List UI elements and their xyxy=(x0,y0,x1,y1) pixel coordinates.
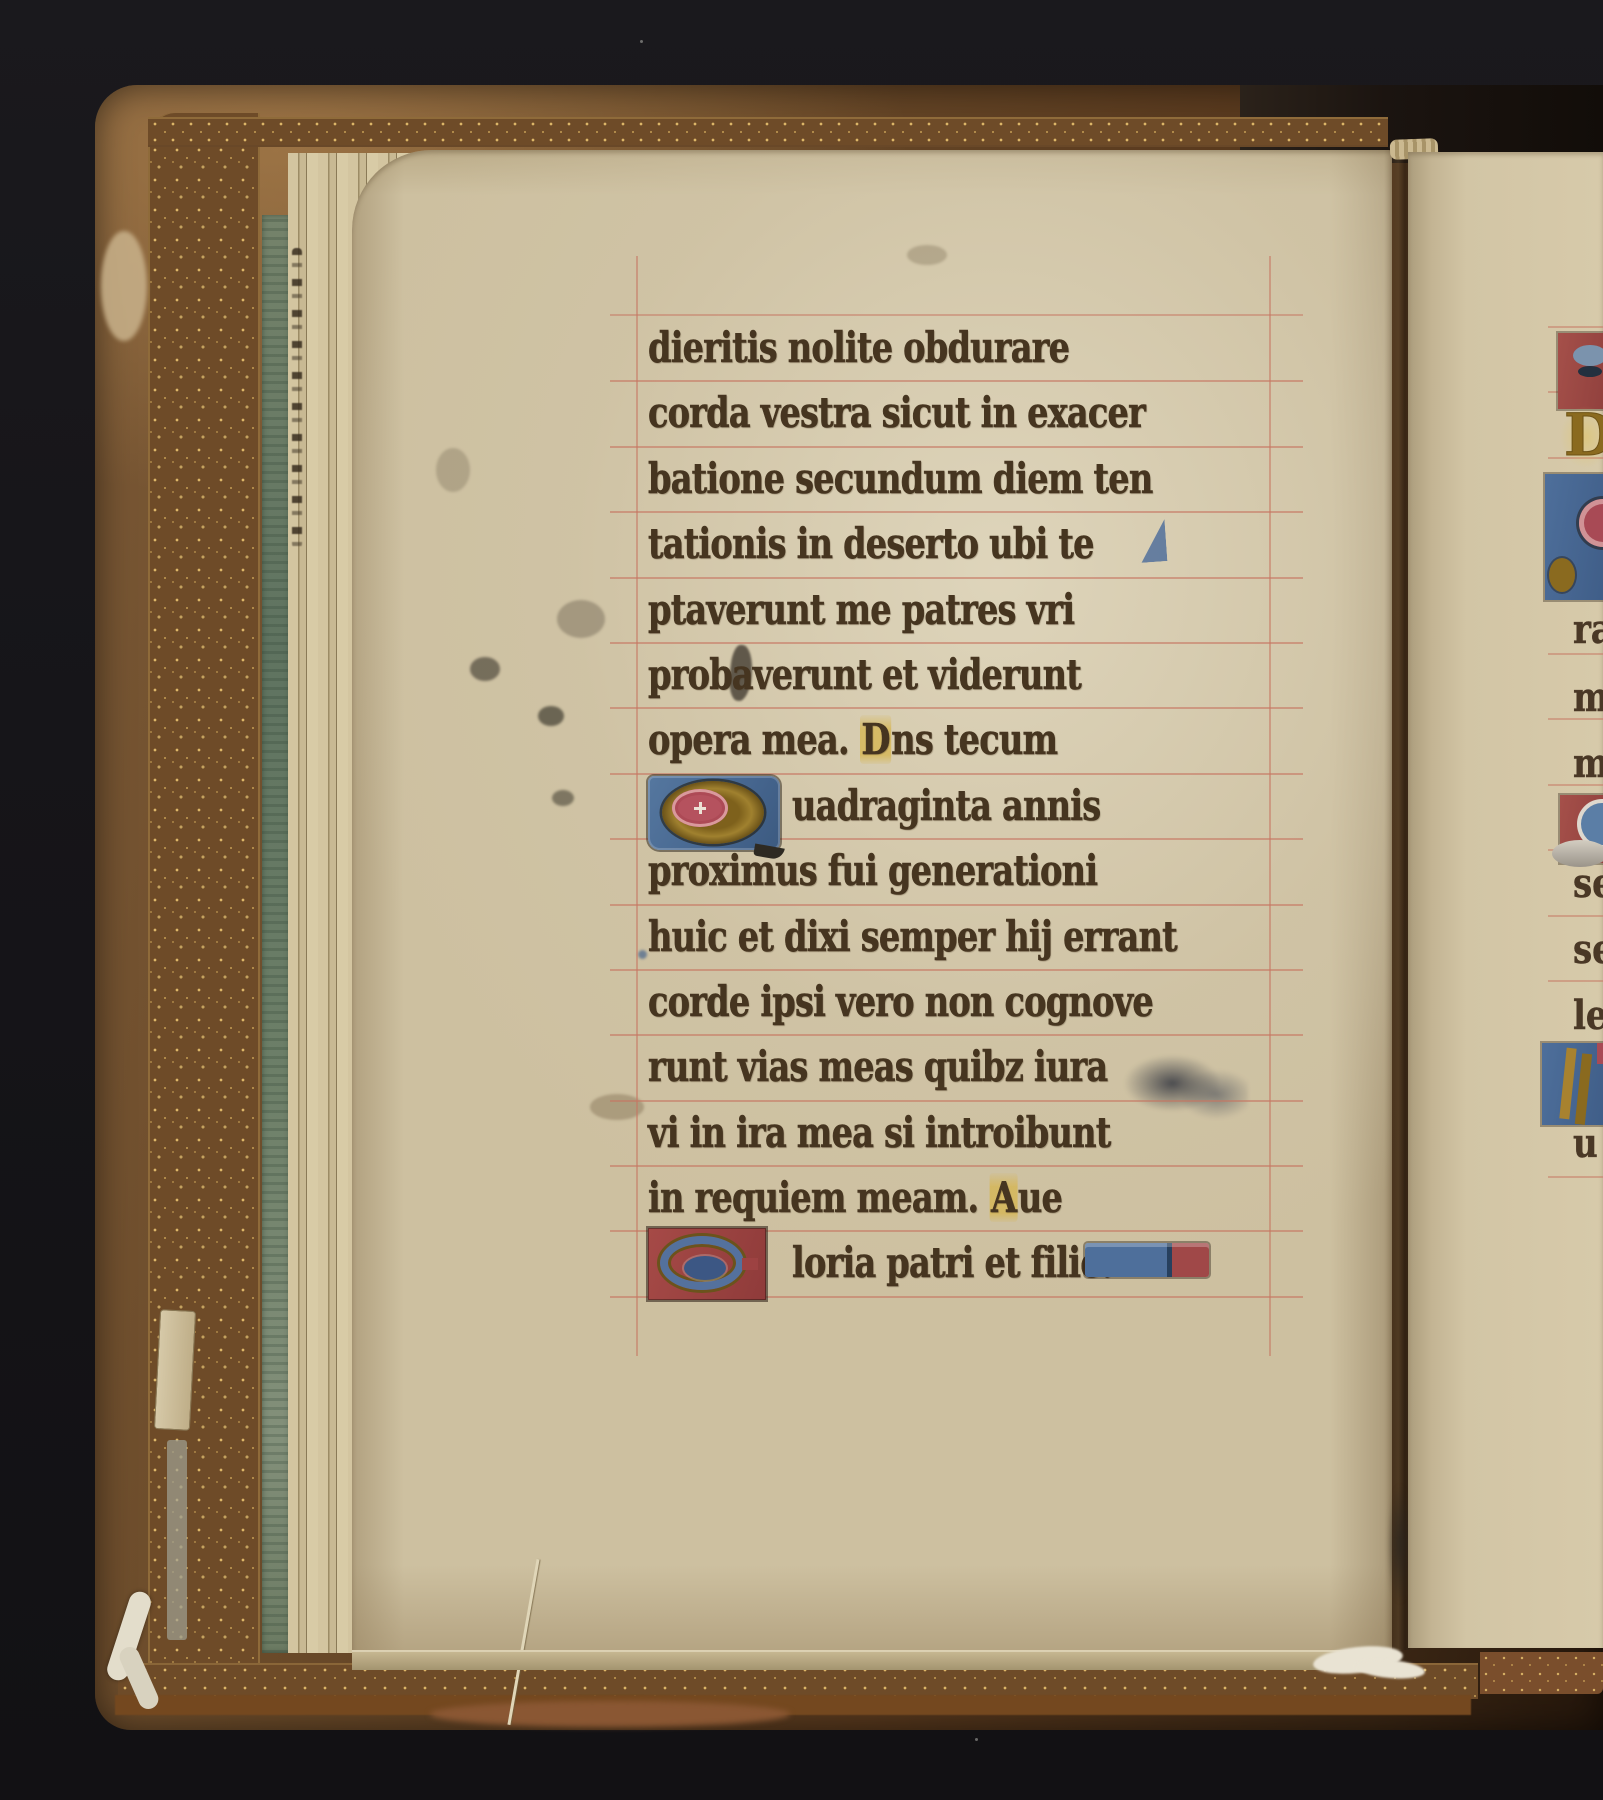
line-text: corda vestra sicut in exacer xyxy=(648,387,1145,439)
line-text: vi in ira mea si introibunt xyxy=(648,1107,1110,1159)
text-line-10: huic et dixi semper hij errant xyxy=(640,905,1267,970)
line-segment: ue xyxy=(1018,1173,1062,1222)
dust-speck xyxy=(975,1738,978,1741)
line-segment: loria patri et filio. xyxy=(792,1238,1112,1287)
line-segment: vi in ira mea si introibunt xyxy=(648,1108,1110,1157)
text-line-5: ptaverunt me patres vri xyxy=(640,578,1267,643)
vertical-ruling-left xyxy=(636,256,638,1356)
fore-edge-ink-marks xyxy=(292,248,302,548)
left-page-bottom-edge xyxy=(352,1650,1387,1670)
right-page: Drammseseleu xyxy=(1408,152,1603,1648)
line-segment: ptaverunt me patres vri xyxy=(648,585,1074,634)
text-line-11: corde ipsi vero non cognove xyxy=(640,970,1267,1035)
stain xyxy=(470,657,500,681)
line-text: in requiem meam. Aue xyxy=(648,1172,1062,1224)
line-text: dieritis nolite obdurare xyxy=(648,322,1069,374)
line-segment: huic et dixi semper hij errant xyxy=(648,912,1177,961)
line-text: tationis in deserto ubi te xyxy=(648,518,1094,570)
ruling-line-fragment xyxy=(1548,980,1603,982)
leather-fuzz xyxy=(430,1701,790,1727)
right-page-bottom-leather xyxy=(1480,1652,1603,1694)
line-text: ptaverunt me patres vri xyxy=(648,584,1074,636)
ruling-line-fragment xyxy=(1548,1176,1603,1178)
versal-letter: D xyxy=(1564,401,1603,469)
versal-capital: D xyxy=(860,715,892,764)
line-text: proximus fui generationi xyxy=(648,845,1097,897)
letter-fragment: m xyxy=(1573,676,1603,720)
line-text: runt vias meas quibz iura xyxy=(648,1041,1107,1093)
line-text: huic et dixi semper hij errant xyxy=(648,911,1177,963)
illuminated-initial-g xyxy=(648,1228,766,1300)
line-segment: probaverunt et viderunt xyxy=(648,650,1081,699)
ruling-line-fragment xyxy=(1548,326,1603,328)
yellow-versal: D xyxy=(1560,406,1603,468)
versal-capital: A xyxy=(989,1173,1017,1222)
page-edge-strip xyxy=(167,1440,187,1640)
text-line-3: batione secundum diem ten xyxy=(640,447,1267,512)
line-filler-bar xyxy=(1085,1243,1209,1277)
stain xyxy=(552,790,574,806)
worn-corner-patch xyxy=(101,231,147,341)
line-segment: dieritis nolite obdurare xyxy=(648,323,1069,372)
line-segment: in requiem meam. xyxy=(648,1173,989,1222)
text-line-6: probaverunt et viderunt xyxy=(640,643,1267,708)
line-segment: corda vestra sicut in exacer xyxy=(648,388,1145,437)
stain xyxy=(538,706,564,726)
worn-leather-edge xyxy=(115,1695,1471,1715)
line-text: opera mea. Dns tecum xyxy=(648,714,1057,766)
line-text: loria patri et filio. xyxy=(792,1237,1112,1289)
painted-page-edge xyxy=(262,215,290,1653)
ruling-line-fragment xyxy=(1548,653,1603,655)
photo-stage: dieritis nolite obdurarecorda vestra sic… xyxy=(0,0,1603,1800)
text-block: dieritis nolite obdurarecorda vestra sic… xyxy=(640,316,1267,1298)
line-segment: batione secundum diem ten xyxy=(648,454,1152,503)
stain xyxy=(557,600,605,638)
initial-letter-opening xyxy=(742,1258,758,1270)
gold-tooled-border-left xyxy=(148,113,260,1699)
line-segment: opera mea. xyxy=(648,715,860,764)
red-initial-fragment xyxy=(1558,333,1603,409)
line-text: corde ipsi vero non cognove xyxy=(648,976,1153,1028)
line-segment: runt vias meas quibz iura xyxy=(648,1042,1107,1091)
line-segment: tationis in deserto ubi te xyxy=(648,519,1094,568)
text-line-14: in requiem meam. Aue xyxy=(640,1166,1267,1231)
text-line-4: tationis in deserto ubi te xyxy=(640,512,1267,577)
manuscript-book: dieritis nolite obdurarecorda vestra sic… xyxy=(95,85,1603,1730)
text-line-13: vi in ira mea si introibunt xyxy=(640,1101,1267,1166)
dust-speck xyxy=(640,40,643,43)
text-line-12: runt vias meas quibz iura xyxy=(640,1035,1267,1100)
bookmark-tab xyxy=(154,1309,196,1431)
text-line-7: opera mea. Dns tecum xyxy=(640,708,1267,773)
letter-fragment: se xyxy=(1573,928,1603,972)
line-segment: uadraginta annis xyxy=(792,781,1100,830)
letter-fragment: m xyxy=(1573,742,1603,786)
line-filler-squiggle xyxy=(1139,519,1168,563)
initial-core xyxy=(684,1256,726,1280)
red-initial-fragment-lower xyxy=(1560,795,1603,863)
illuminated-initial-q xyxy=(648,776,780,850)
blue-initial-fragment xyxy=(1545,474,1603,600)
white-cross-motif xyxy=(694,802,706,814)
letter-fragment: ra xyxy=(1573,608,1603,652)
line-segment: proximus fui generationi xyxy=(648,846,1097,895)
ruling-line-fragment xyxy=(1548,915,1603,917)
blue-gold-initial-fragment xyxy=(1542,1043,1603,1125)
stain xyxy=(907,245,947,265)
line-text: batione secundum diem ten xyxy=(648,453,1152,505)
text-line-1: dieritis nolite obdurare xyxy=(640,316,1267,381)
line-text: probaverunt et viderunt xyxy=(648,649,1081,701)
text-line-2: corda vestra sicut in exacer xyxy=(640,381,1267,446)
left-page: dieritis nolite obdurarecorda vestra sic… xyxy=(352,150,1392,1655)
letter-fragment: u xyxy=(1573,1122,1598,1166)
letter-fragment: se xyxy=(1573,862,1603,906)
stain xyxy=(436,448,470,492)
initial-red-center xyxy=(672,789,728,827)
line-segment: corde ipsi vero non cognove xyxy=(648,977,1153,1026)
line-text: uadraginta annis xyxy=(792,780,1100,832)
letter-fragment: le xyxy=(1573,994,1603,1038)
line-segment: ns tecum xyxy=(891,715,1057,764)
gold-tooled-border-top xyxy=(148,117,1388,147)
